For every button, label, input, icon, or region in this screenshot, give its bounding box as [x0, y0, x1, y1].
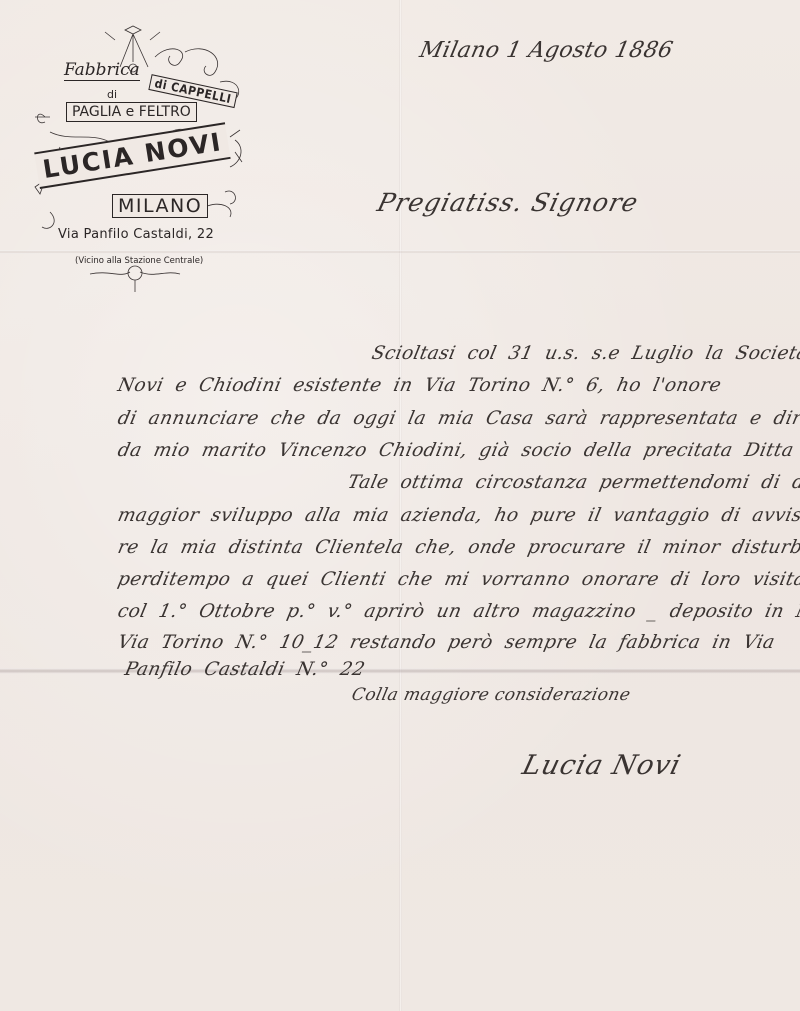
- body-line: col 1.° Ottobre p.° v.° aprirò un altro …: [116, 601, 800, 622]
- letter-date: Milano 1 Agosto 1886: [417, 38, 675, 63]
- body-line: re la mia distinta Clientela che, onde p…: [116, 537, 800, 558]
- letter-salutation: Pregiatiss. Signore: [374, 188, 641, 217]
- body-line: perditempo a quei Clienti che mi vorrann…: [116, 569, 800, 590]
- letterhead-city: MILANO: [112, 194, 208, 218]
- letterhead-paglia-feltro: PAGLIA e FELTRO: [66, 102, 197, 122]
- body-line: Novi e Chiodini esistente in Via Torino …: [116, 375, 723, 396]
- letterhead: Fabbrica di CAPPELLI di PAGLIA e FELTRO …: [30, 22, 260, 292]
- letterhead-location-note: (Vicino alla Stazione Centrale): [75, 256, 203, 266]
- letterhead-address: Via Panfilo Castaldi, 22: [58, 227, 214, 242]
- letterhead-di: di: [107, 88, 117, 101]
- lower-fold-line: [0, 668, 800, 674]
- body-line: da mio marito Vincenzo Chiodini, già soc…: [116, 440, 796, 461]
- letter-page: Fabbrica di CAPPELLI di PAGLIA e FELTRO …: [0, 0, 800, 1011]
- body-line: Panfilo Castaldi N.° 22: [123, 659, 367, 680]
- body-line: di annunciare che da oggi la mia Casa sa…: [116, 408, 800, 429]
- letter-signature: Lucia Novi: [519, 750, 684, 781]
- letterhead-fabbrica: Fabbrica: [64, 60, 140, 81]
- body-line: Scioltasi col 31 u.s. s.e Luglio la Soci…: [370, 343, 800, 364]
- body-line: Tale ottima circostanza permettendomi di…: [346, 472, 800, 493]
- body-line: Via Torino N.° 10_12 restando però sempr…: [116, 632, 777, 653]
- body-line: maggior sviluppo alla mia azienda, ho pu…: [116, 505, 800, 526]
- letter-closing: Colla maggiore considerazione: [350, 685, 633, 705]
